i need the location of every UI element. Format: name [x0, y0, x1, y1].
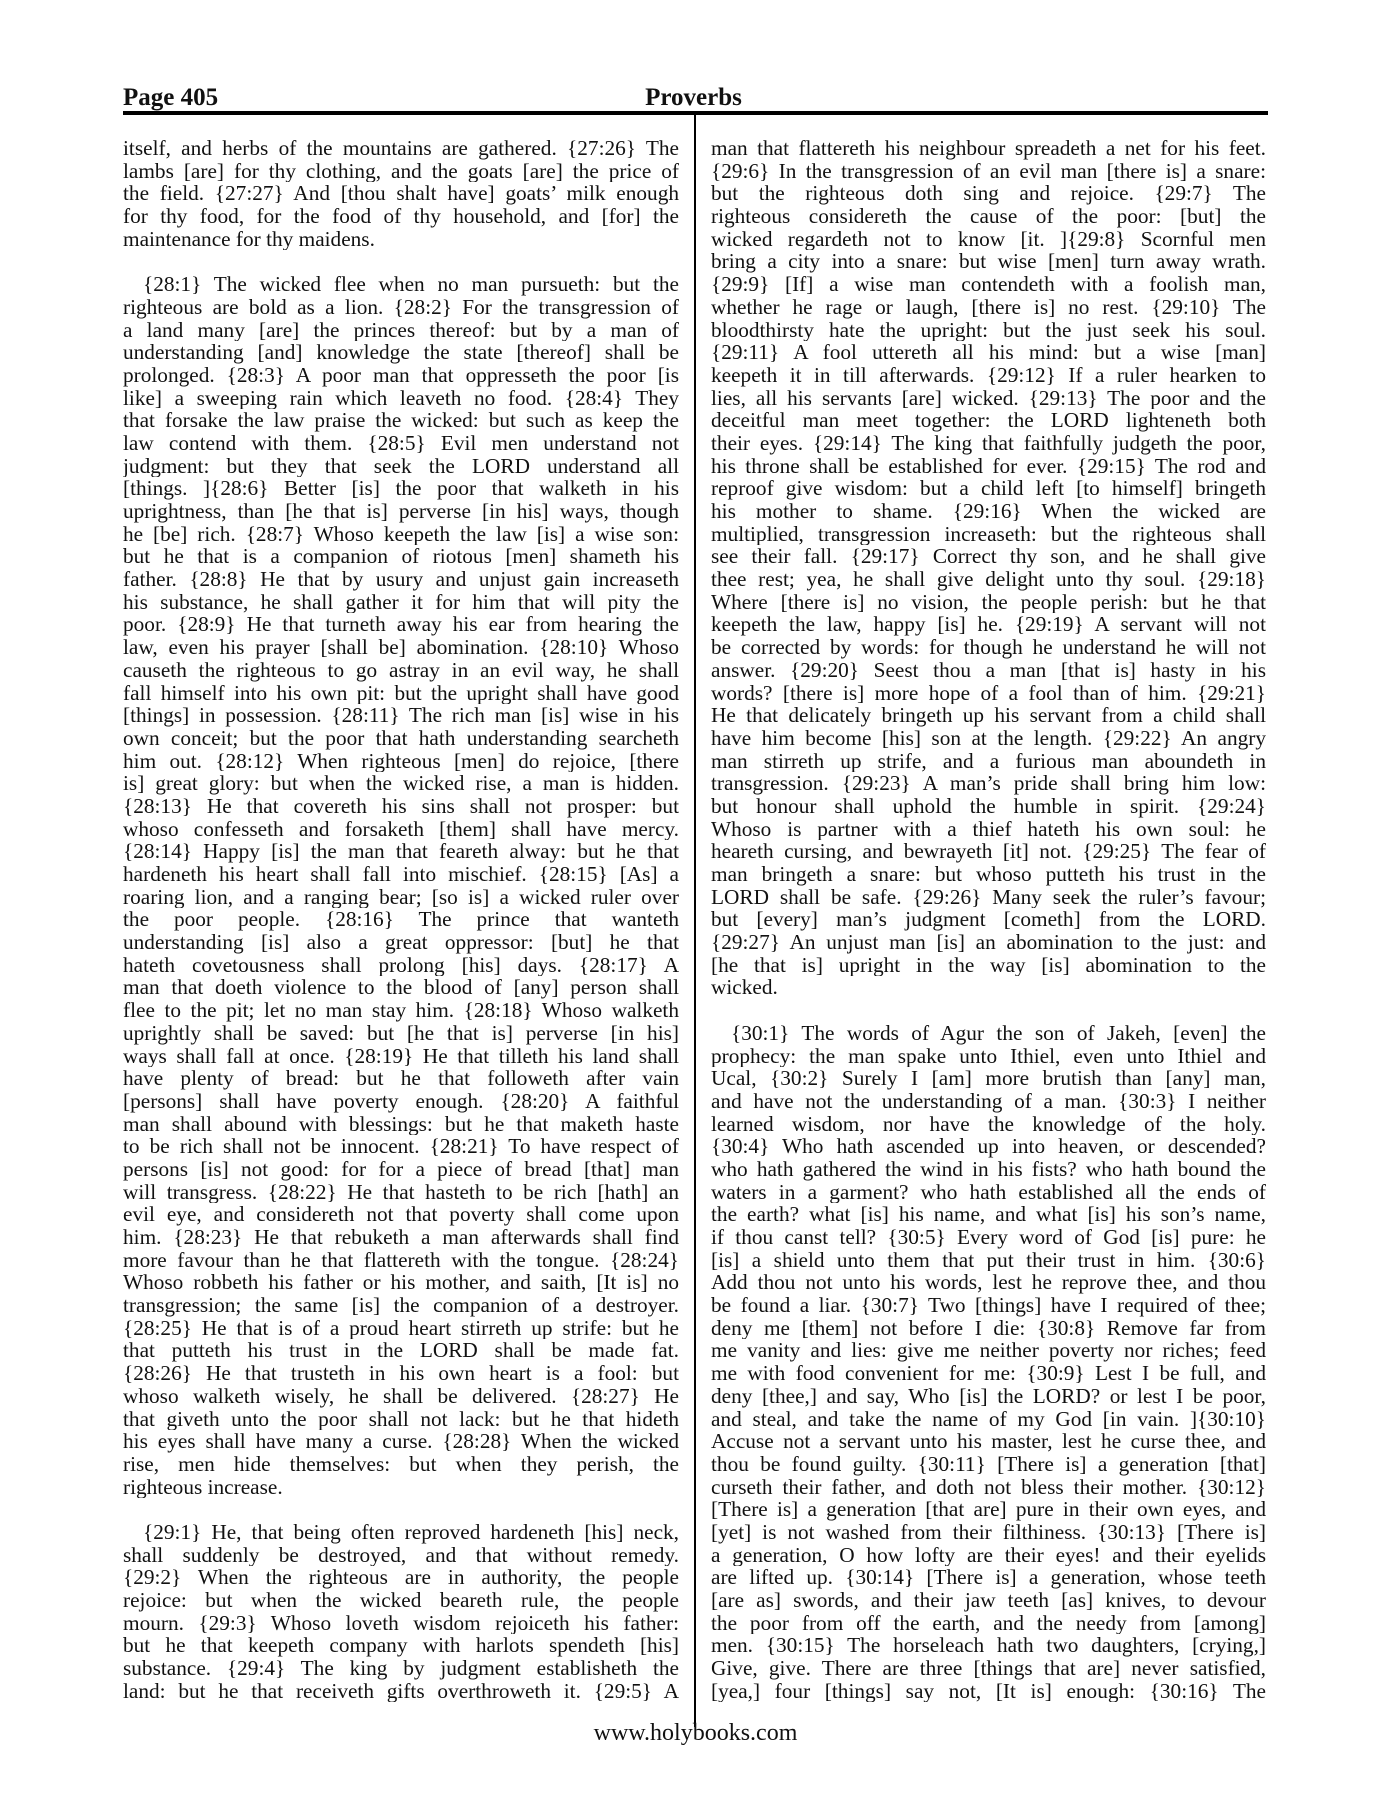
text-line: have plenty of bread: but he that follow… — [123, 1067, 679, 1090]
text-line: if thou canst tell? {30:5} Every word of… — [711, 1226, 1266, 1249]
text-line: evil eye, and considereth not that pover… — [123, 1203, 679, 1226]
text-line: judgment: but they that seek the LORD un… — [123, 455, 679, 478]
text-line: his throne shall be established for ever… — [711, 455, 1266, 478]
text-line: own conceit; but the poor that hath unde… — [123, 727, 679, 750]
text-line: have him become [his] son at the length.… — [711, 727, 1266, 750]
text-line: man shall abound with blessings: but he … — [123, 1113, 679, 1136]
text-line: [he that is] upright in the way [is] abo… — [711, 954, 1266, 977]
text-line: law, even his prayer [shall be] abominat… — [123, 636, 679, 659]
text-line: be corrected by words: for though he und… — [711, 636, 1266, 659]
text-line: words? [there is] more hope of a fool th… — [711, 682, 1266, 705]
text-line: wicked regardeth not to know [it. ]{29:8… — [711, 228, 1266, 251]
text-line: for thy food, for the food of thy househ… — [123, 205, 679, 228]
text-line: LORD shall be safe. {29:26} Many seek th… — [711, 886, 1266, 909]
text-line: keepeth the law, happy [is] he. {29:19} … — [711, 613, 1266, 636]
text-line: {28:13} He that covereth his sins shall … — [123, 795, 679, 818]
text-line: hardeneth his heart shall fall into misc… — [123, 863, 679, 886]
text-line: roaring lion, and a ranging bear; [so is… — [123, 886, 679, 909]
text-line: law contend with them. {28:5} Evil men u… — [123, 432, 679, 455]
text-line: but honour shall uphold the humble in sp… — [711, 795, 1266, 818]
text-line: {28:25} He that is of a proud heart stir… — [123, 1317, 679, 1340]
text-line: {29:9} [If] a wise man contendeth with a… — [711, 273, 1266, 296]
paragraph-gap — [711, 999, 1266, 1022]
book-title-header: Proverbs — [0, 84, 1391, 112]
text-line: whether he rage or laugh, [there is] no … — [711, 296, 1266, 319]
text-line: that giveth unto the poor shall not lack… — [123, 1408, 679, 1431]
text-line: that forsake the law praise the wicked: … — [123, 409, 679, 432]
text-line: [yea,] four [things] say not, [It is] en… — [711, 1680, 1266, 1703]
text-line: righteous are bold as a lion. {28:2} For… — [123, 296, 679, 319]
text-line: itself, and herbs of the mountains are g… — [123, 137, 679, 160]
text-line: {29:27} An unjust man [is] an abominatio… — [711, 931, 1266, 954]
text-line: the poor people. {28:16} The prince that… — [123, 908, 679, 931]
text-line: [is] a shield unto them that put their t… — [711, 1249, 1266, 1272]
text-line: ways shall fall at once. {28:19} He that… — [123, 1045, 679, 1068]
text-line: lies, all his servants [are] wicked. {29… — [711, 387, 1266, 410]
text-line: man that flattereth his neighbour spread… — [711, 137, 1266, 160]
text-line: [things] in possession. {28:11} The rich… — [123, 704, 679, 727]
text-line: thee rest; yea, he shall give delight un… — [711, 568, 1266, 591]
text-line: me with food convenient for me: {30:9} L… — [711, 1362, 1266, 1385]
text-line: transgression. {29:23} A man’s pride sha… — [711, 772, 1266, 795]
text-line: land: but he that receiveth gifts overth… — [123, 1680, 679, 1703]
left-column: itself, and herbs of the mountains are g… — [123, 137, 679, 1702]
text-line: be found a liar. {30:7} Two [things] hav… — [711, 1294, 1266, 1317]
paragraph-gap — [123, 250, 679, 273]
text-line: but [every] man’s judgment [cometh] from… — [711, 908, 1266, 931]
text-line: heareth cursing, and bewrayeth [it] not.… — [711, 840, 1266, 863]
text-line: [are as] swords, and their jaw teeth [as… — [711, 1589, 1266, 1612]
text-line: substance. {29:4} The king by judgment e… — [123, 1657, 679, 1680]
right-column: man that flattereth his neighbour spread… — [711, 137, 1266, 1702]
text-line: more favour than he that flattereth with… — [123, 1249, 679, 1272]
text-line: transgression; the same [is] the compani… — [123, 1294, 679, 1317]
text-line: understanding [is] also a great oppresso… — [123, 931, 679, 954]
text-line: Whoso robbeth his father or his mother, … — [123, 1271, 679, 1294]
text-line: wicked. — [711, 976, 1266, 999]
text-line: understanding [and] knowledge the state … — [123, 341, 679, 364]
text-line: prophecy: the man spake unto Ithiel, eve… — [711, 1045, 1266, 1068]
text-line: deny me [them] not before I die: {30:8} … — [711, 1317, 1266, 1340]
footer-site-link: www.holybooks.com — [0, 1718, 1391, 1748]
text-line: [persons] shall have poverty enough. {28… — [123, 1090, 679, 1113]
text-line: their eyes. {29:14} The king that faithf… — [711, 432, 1266, 455]
text-line: his eyes shall have many a curse. {28:28… — [123, 1430, 679, 1453]
text-line: but the righteous doth sing and rejoice.… — [711, 182, 1266, 205]
text-line: the earth? what [is] his name, and what … — [711, 1203, 1266, 1226]
text-line: men. {30:15} The horseleach hath two dau… — [711, 1634, 1266, 1657]
text-line: thou be found guilty. {30:11} [There is]… — [711, 1453, 1266, 1476]
text-line: is] great glory: but when the wicked ris… — [123, 772, 679, 795]
text-line: [things. ]{28:6} Better [is] the poor th… — [123, 477, 679, 500]
text-line: the field. {27:27} And [thou shalt have]… — [123, 182, 679, 205]
text-line: fall himself into his own pit: but the u… — [123, 682, 679, 705]
book-title: Proverbs — [645, 84, 742, 111]
text-line: rejoice: but when the wicked beareth rul… — [123, 1589, 679, 1612]
text-line: Ucal, {30:2} Surely I [am] more brutish … — [711, 1067, 1266, 1090]
text-line: [There is] a generation [that are] pure … — [711, 1498, 1266, 1521]
text-line: {30:4} Who hath ascended up into heaven,… — [711, 1135, 1266, 1158]
text-line: {30:1} The words of Agur the son of Jake… — [711, 1022, 1266, 1045]
text-line: {29:1} He, that being often reproved har… — [123, 1521, 679, 1544]
text-line: mourn. {29:3} Whoso loveth wisdom rejoic… — [123, 1612, 679, 1635]
text-line: deny [thee,] and say, Who [is] the LORD?… — [711, 1385, 1266, 1408]
text-line: {28:14} Happy [is] the man that feareth … — [123, 840, 679, 863]
text-line: hateth covetousness shall prolong [his] … — [123, 954, 679, 977]
text-line: righteous increase. — [123, 1476, 679, 1499]
text-line: to be rich shall not be innocent. {28:21… — [123, 1135, 679, 1158]
text-line: deceitful man meet together: the LORD li… — [711, 409, 1266, 432]
text-line: multiplied, transgression increaseth: bu… — [711, 523, 1266, 546]
text-line: Accuse not a servant unto his master, le… — [711, 1430, 1266, 1453]
text-line: persons [is] not good: for for a piece o… — [123, 1158, 679, 1181]
text-line: the poor from off the earth, and the nee… — [711, 1612, 1266, 1635]
text-line: whoso confesseth and forsaketh [them] sh… — [123, 818, 679, 841]
text-line: Whoso is partner with a thief hateth his… — [711, 818, 1266, 841]
text-line: [yet] is not washed from their filthines… — [711, 1521, 1266, 1544]
text-line: Where [there is] no vision, the people p… — [711, 591, 1266, 614]
text-line: man stirreth up strife, and a furious ma… — [711, 750, 1266, 773]
text-line: lambs [are] for thy clothing, and the go… — [123, 160, 679, 183]
text-line: Give, give. There are three [things that… — [711, 1657, 1266, 1680]
text-line: Add thou not unto his words, lest he rep… — [711, 1271, 1266, 1294]
text-line: poor. {28:9} He that turneth away his ea… — [123, 613, 679, 636]
text-line: a generation, O how lofty are their eyes… — [711, 1544, 1266, 1567]
text-line: prolonged. {28:3} A poor man that oppres… — [123, 364, 679, 387]
text-line: waters in a garment? who hath establishe… — [711, 1181, 1266, 1204]
text-line: man bringeth a snare: but whoso putteth … — [711, 863, 1266, 886]
text-line: He that delicately bringeth up his serva… — [711, 704, 1266, 727]
text-line: rise, men hide themselves: but when they… — [123, 1453, 679, 1476]
text-line: his substance, he shall gather it for hi… — [123, 591, 679, 614]
text-line: causeth the righteous to go astray in an… — [123, 659, 679, 682]
column-divider — [694, 115, 696, 1727]
text-line: man that doeth violence to the blood of … — [123, 976, 679, 999]
text-line: he [be] rich. {28:7} Whoso keepeth the l… — [123, 523, 679, 546]
text-line: {29:2} When the righteous are in authori… — [123, 1566, 679, 1589]
text-line: who hath gathered the wind in his fists?… — [711, 1158, 1266, 1181]
text-line: learned wisdom, nor have the knowledge o… — [711, 1113, 1266, 1136]
text-line: and have not the understanding of a man.… — [711, 1090, 1266, 1113]
paragraph-gap — [123, 1498, 679, 1521]
text-line: {29:11} A fool uttereth all his mind: bu… — [711, 341, 1266, 364]
text-line: curseth their father, and doth not bless… — [711, 1476, 1266, 1499]
text-line: righteous considereth the cause of the p… — [711, 205, 1266, 228]
text-line: bloodthirsty hate the upright: but the j… — [711, 319, 1266, 342]
text-line: but he that is a companion of riotous [m… — [123, 545, 679, 568]
text-line: will transgress. {28:22} He that hasteth… — [123, 1181, 679, 1204]
text-line: see their fall. {29:17} Correct thy son,… — [711, 545, 1266, 568]
text-line: answer. {29:20} Seest thou a man [that i… — [711, 659, 1266, 682]
text-line: uprightness, than [he that is] perverse … — [123, 500, 679, 523]
text-line: maintenance for thy maidens. — [123, 228, 679, 251]
text-line: reproof give wisdom: but a child left [t… — [711, 477, 1266, 500]
text-line: uprightly shall be saved: but [he that i… — [123, 1022, 679, 1045]
text-line: whoso walketh wisely, he shall be delive… — [123, 1385, 679, 1408]
text-line: father. {28:8} He that by usury and unju… — [123, 568, 679, 591]
text-line: bring a city into a snare: but wise [men… — [711, 250, 1266, 273]
text-line: {28:26} He that trusteth in his own hear… — [123, 1362, 679, 1385]
text-line: but he that keepeth company with harlots… — [123, 1634, 679, 1657]
text-line: {29:6} In the transgression of an evil m… — [711, 160, 1266, 183]
text-line: are lifted up. {30:14} [There is] a gene… — [711, 1566, 1266, 1589]
text-line: {28:1} The wicked flee when no man pursu… — [123, 273, 679, 296]
text-line: him out. {28:12} When righteous [men] do… — [123, 750, 679, 773]
text-line: shall suddenly be destroyed, and that wi… — [123, 1544, 679, 1567]
text-line: and steal, and take the name of my God [… — [711, 1408, 1266, 1431]
text-line: like] a sweeping rain which leaveth no f… — [123, 387, 679, 410]
text-line: that putteth his trust in the LORD shall… — [123, 1339, 679, 1362]
text-line: keepeth it in till afterwards. {29:12} I… — [711, 364, 1266, 387]
text-line: him. {28:23} He that rebuketh a man afte… — [123, 1226, 679, 1249]
text-line: his mother to shame. {29:16} When the wi… — [711, 500, 1266, 523]
text-line: a land many [are] the princes thereof: b… — [123, 319, 679, 342]
text-line: me vanity and lies: give me neither pove… — [711, 1339, 1266, 1362]
text-line: flee to the pit; let no man stay him. {2… — [123, 999, 679, 1022]
